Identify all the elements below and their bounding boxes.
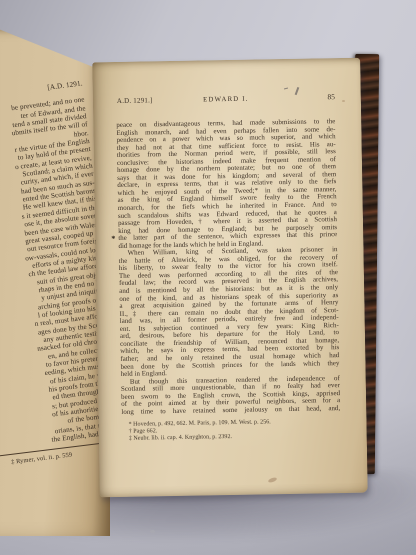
header-date: A.D. 1291.] bbox=[117, 96, 187, 105]
margin-asterisk-mark: * bbox=[111, 234, 115, 243]
footnotes-block: * Hoveden, p. 492, 662. M. Paris, p. 109… bbox=[129, 418, 341, 443]
right-book-page: A.D. 1291.] EDWARD I. 85 * peace on disa… bbox=[92, 58, 368, 498]
paper-speck bbox=[150, 530, 155, 533]
main-text-block: peace on disadvantageous terms, had made… bbox=[116, 118, 340, 416]
header-chapter-title: EDWARD I. bbox=[187, 95, 265, 103]
page-number: 85 bbox=[265, 92, 335, 102]
page-running-header: A.D. 1291.] EDWARD I. 85 bbox=[117, 92, 335, 105]
left-header-date: [A.D. 1291. bbox=[47, 79, 83, 92]
paper-speck bbox=[342, 100, 345, 102]
left-page-footnote: ‡ Rymer, vol. ii. p. 559 bbox=[0, 445, 110, 482]
